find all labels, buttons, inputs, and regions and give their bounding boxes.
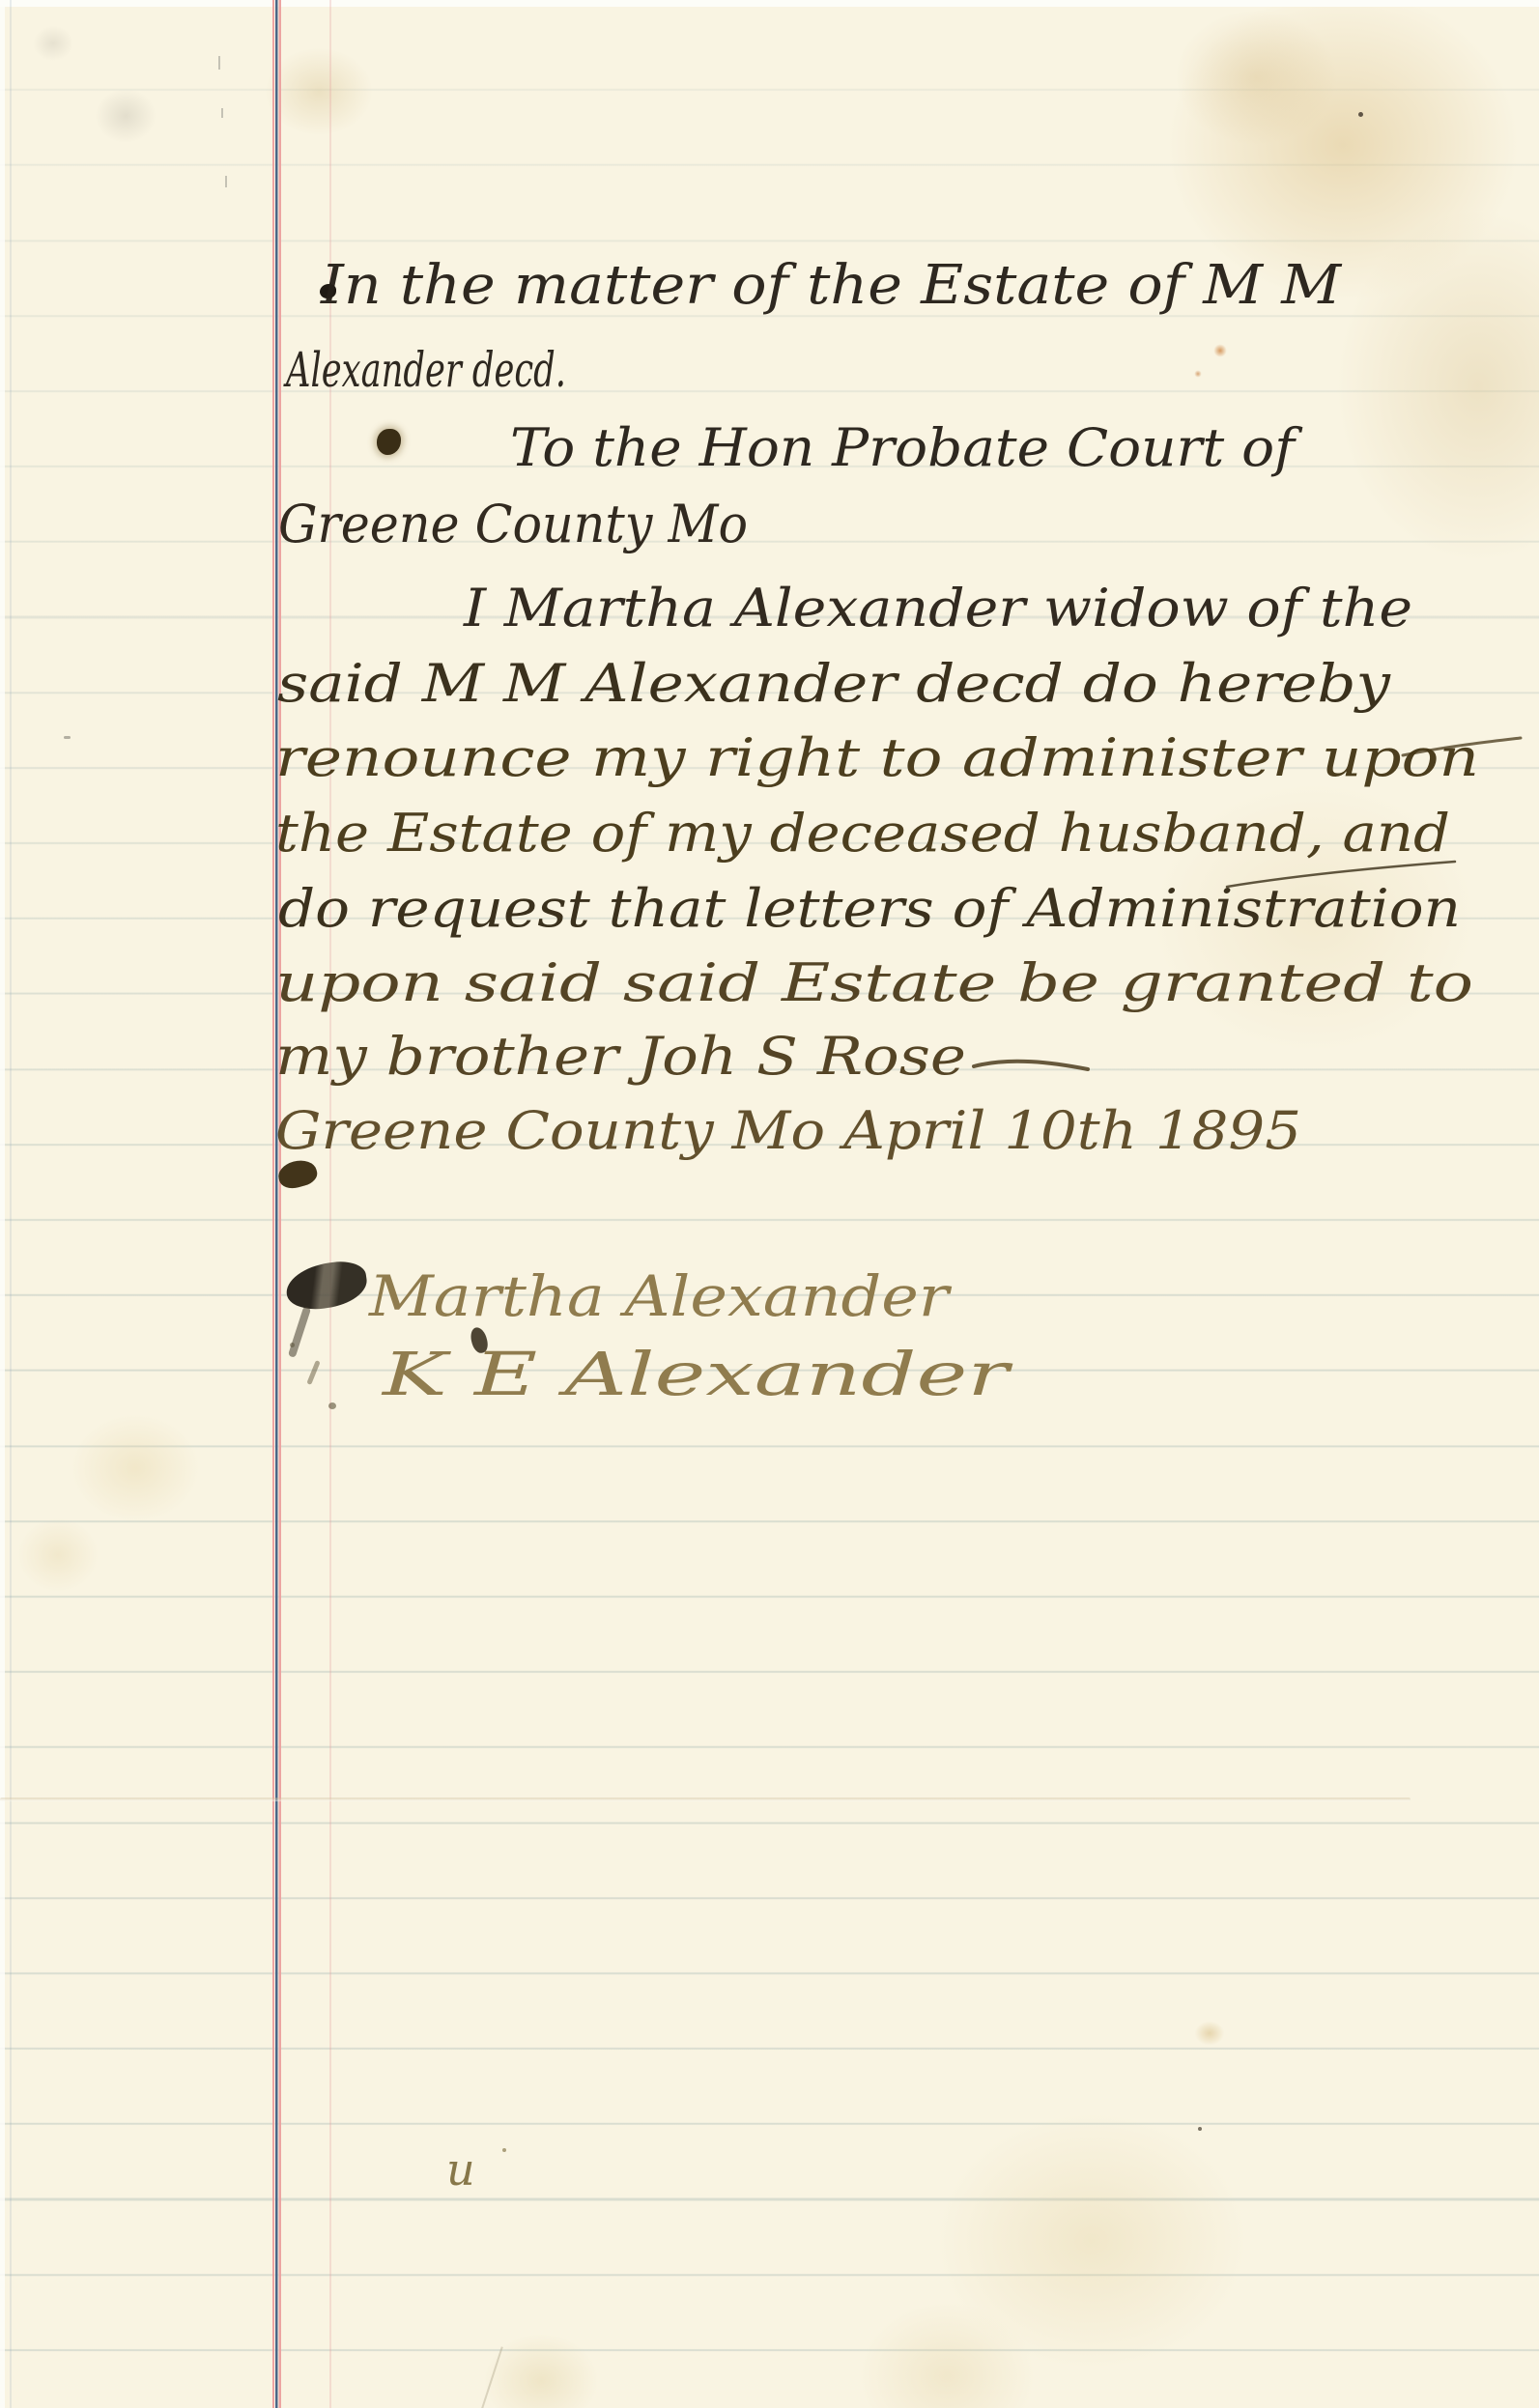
handwritten-line-6: said M M Alexander decd do hereby [277, 653, 1392, 714]
handwritten-line-1: In the matter of the Estate of M M [320, 254, 1343, 317]
handwritten-line-8: the Estate of my deceased husband, and [275, 803, 1450, 864]
handwritten-line-10: upon said said Estate be granted to [275, 952, 1473, 1013]
handwritten-line-9: do request that letters of Administratio… [278, 878, 1461, 939]
signature-k-e-alexander: K E Alexander [382, 1339, 1013, 1409]
handwritten-line-12: Greene County Mo April 10th 1895 [275, 1100, 1301, 1161]
handwritten-line-11: my brother Joh S Rose [275, 1026, 966, 1087]
document-page: In the matter of the Estate of M M Alexa… [0, 0, 1539, 2408]
handwritten-line-4: Greene County Mo [278, 494, 748, 554]
handwritten-line-2: Alexander decd. [283, 342, 566, 398]
signature-martha-alexander: Martha Alexander [368, 1263, 953, 1329]
handwritten-line-3: To the Hon Probate Court of [510, 417, 1302, 478]
pen-flourish-rose-dash [974, 1062, 1088, 1069]
handwriting-layer: In the matter of the Estate of M M Alexa… [0, 0, 1539, 2408]
handwritten-line-7: renounce my right to administer upon [275, 727, 1479, 788]
handwritten-line-5: I Martha Alexander widow of the [463, 578, 1412, 638]
stray-ink-mark: u [446, 2143, 475, 2196]
